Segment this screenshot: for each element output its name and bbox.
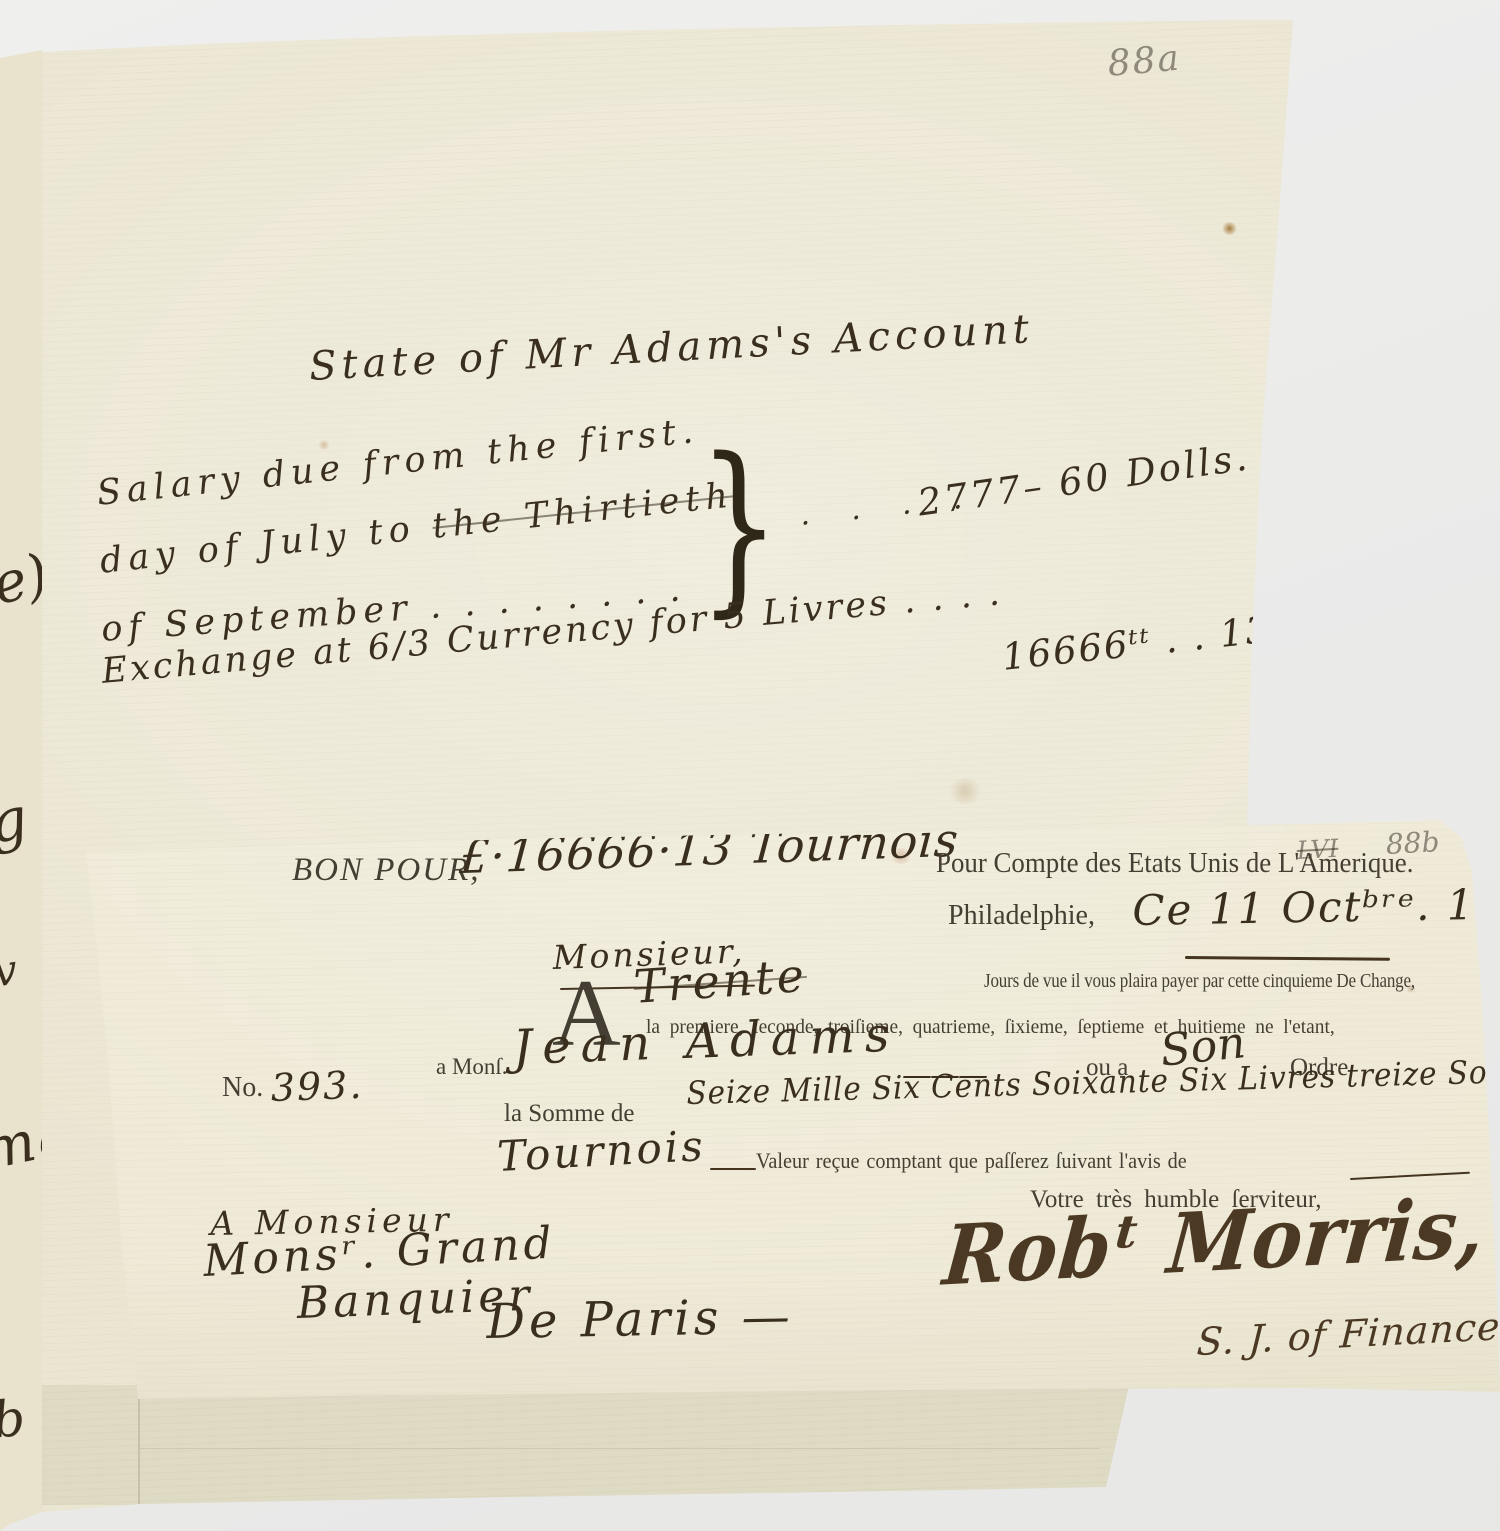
margin-ink-fragment: b bbox=[0, 1389, 28, 1450]
bon-pour-label: BON POUR, bbox=[292, 852, 480, 889]
margin-ink-fragment: v bbox=[0, 945, 20, 997]
aged-band bbox=[42, 1385, 1128, 1505]
foxing-stain bbox=[948, 778, 982, 804]
account-of-line: Pour Compte des Etats Unis de L'Amerique… bbox=[936, 848, 1413, 880]
sight-line: Jours de vue il vous plaira payer par ce… bbox=[984, 970, 1415, 993]
date-underline bbox=[1185, 956, 1390, 961]
address-line-4: De Paris — bbox=[486, 1289, 794, 1350]
number-value: 393. bbox=[270, 1063, 364, 1110]
term-script: Trente bbox=[632, 948, 809, 1014]
margin-ink-fragment: g bbox=[0, 784, 32, 857]
account-title: State of Mr Adams's Account bbox=[308, 306, 1035, 390]
salary-line-2a: day of July to bbox=[98, 507, 435, 582]
currency-dash bbox=[710, 1168, 756, 1170]
vertical-crease bbox=[138, 1385, 140, 1505]
number-label: No. bbox=[222, 1072, 263, 1104]
currency-script: Tournois bbox=[496, 1121, 707, 1181]
date-script: Ce 11 Octᵇʳᵉ. 1782 bbox=[1132, 879, 1500, 935]
signature-rob-morris: Robᵗ Morris, bbox=[940, 1180, 1489, 1305]
sum-label: la Somme de bbox=[504, 1100, 635, 1128]
amount-dollars: 2777– 60 Dolls. bbox=[915, 435, 1252, 524]
document-scan: e) g v mg b 88a State of Mr Adams's Acco… bbox=[0, 0, 1500, 1531]
horizontal-crease bbox=[140, 1448, 1100, 1449]
signature-title: S. J. of Finance bbox=[1196, 1304, 1500, 1364]
foxing-stain bbox=[1222, 222, 1237, 235]
curly-brace: } bbox=[698, 448, 780, 605]
advice-dash bbox=[1350, 1172, 1470, 1180]
payee-label: a Monſ. bbox=[436, 1054, 508, 1080]
salary-line-2b-struck: the Thirtieth bbox=[430, 475, 735, 546]
amount-livres: 16666ᵗᵗ . . 13ˢ. bbox=[1000, 605, 1301, 679]
value-received-line: Valeur reçue comptant que paſſerez ſuiva… bbox=[756, 1148, 1187, 1174]
archival-number-88a: 88a bbox=[1106, 38, 1183, 85]
place-label: Philadelphie, bbox=[948, 900, 1095, 932]
